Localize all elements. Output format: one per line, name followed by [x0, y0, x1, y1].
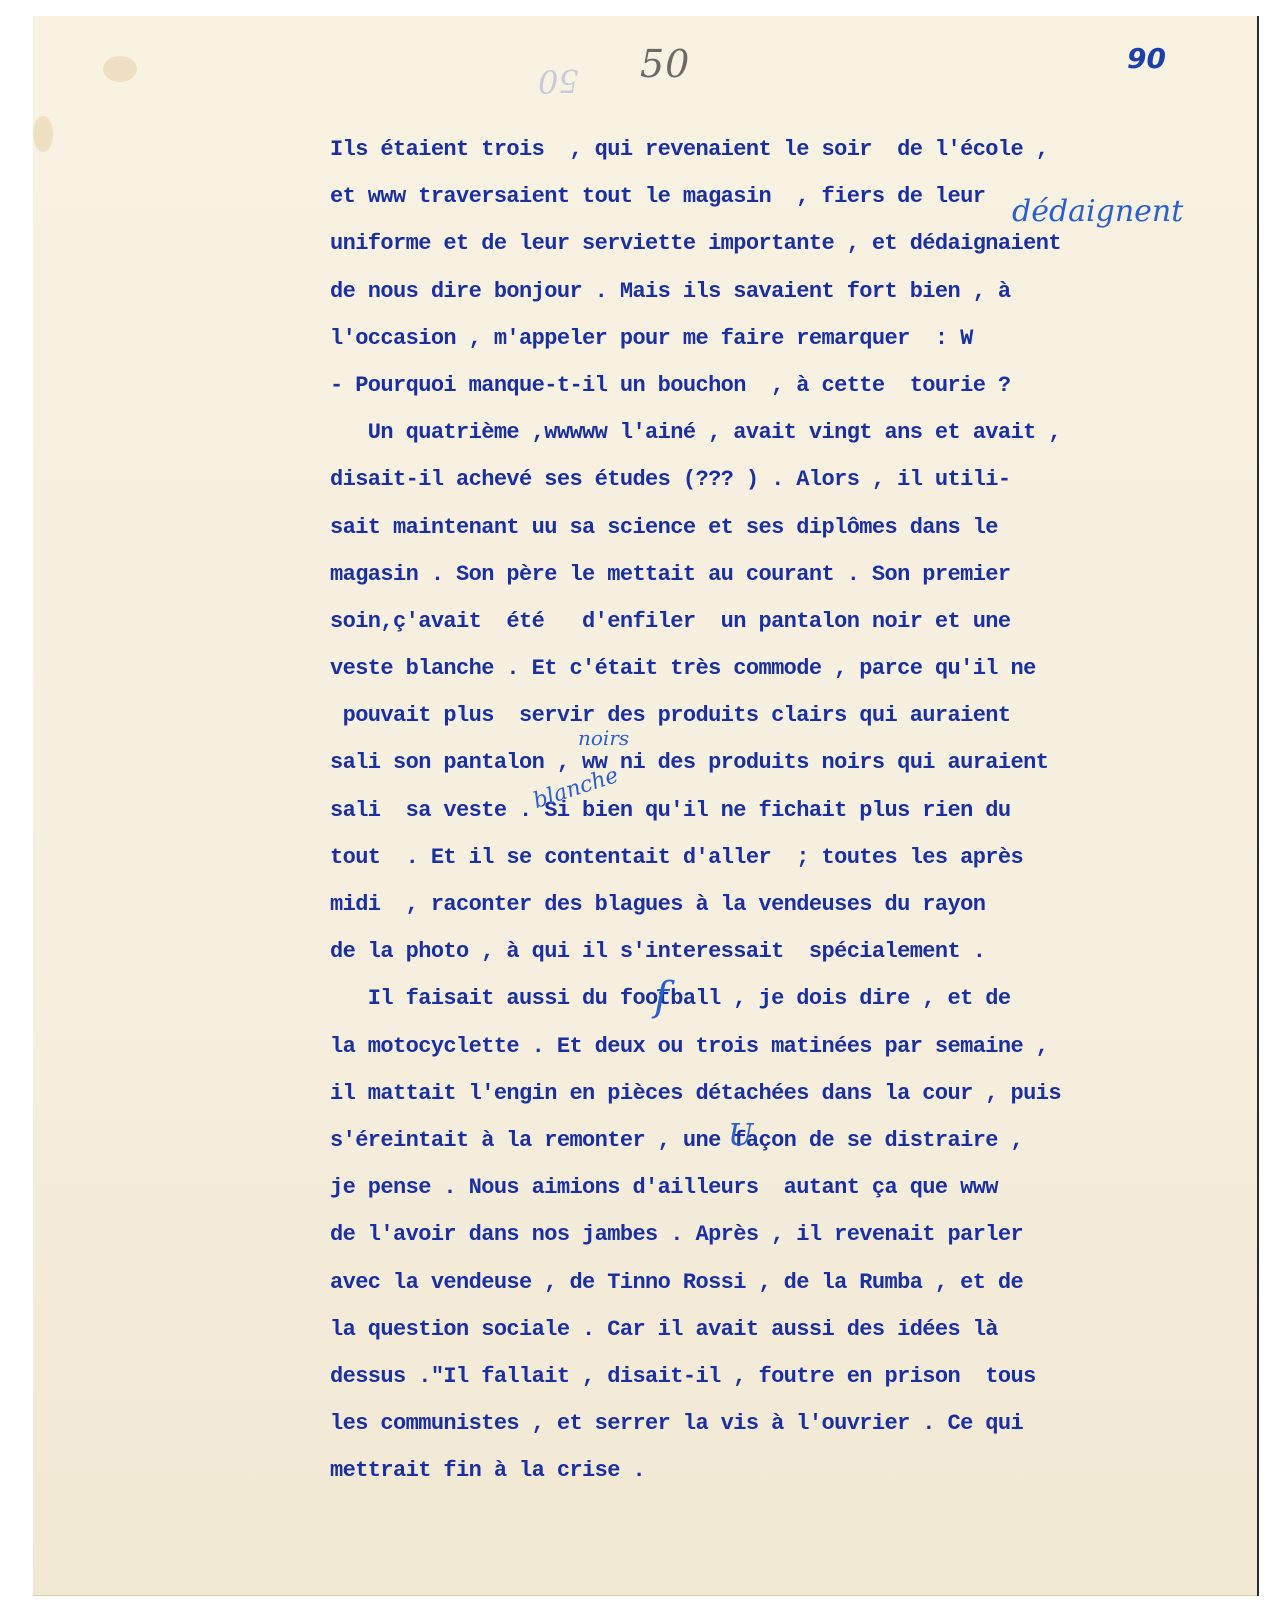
typed-line: pouvait plus servir des produits clairs …	[330, 692, 1061, 739]
typed-line: s'éreintait à la remonter , une façon de…	[330, 1117, 1061, 1164]
handwritten-correction-dedaignent: dédaignent	[1012, 194, 1183, 229]
paper-stain	[33, 116, 53, 152]
faded-page-number: 50	[538, 62, 579, 100]
typed-line: de nous dire bonjour . Mais ils savaient…	[330, 268, 1061, 315]
handwritten-correction-u: U	[728, 1118, 753, 1153]
typed-line: la motocyclette . Et deux ou trois matin…	[330, 1023, 1061, 1070]
typed-line: sali son pantalon , ww ni des produits n…	[330, 739, 1061, 786]
typed-line: Ils étaient trois , qui revenaient le so…	[330, 126, 1061, 173]
typed-line: de la photo , à qui il s'interessait spé…	[330, 928, 1061, 975]
handwritten-correction-f: f	[654, 974, 669, 1020]
typed-line: sali sa veste . Si bien qu'il ne fichait…	[330, 787, 1061, 834]
typed-line: l'occasion , m'appeler pour me faire rem…	[330, 315, 1061, 362]
typed-line: Un quatrième ,wwwww l'ainé , avait vingt…	[330, 409, 1061, 456]
typed-line: magasin . Son père le mettait au courant…	[330, 551, 1061, 598]
typed-line: uniforme et de leur serviette importante…	[330, 220, 1061, 267]
typed-line: Il faisait aussi du football , je dois d…	[330, 975, 1061, 1022]
typed-line: et www traversaient tout le magasin , fi…	[330, 173, 1061, 220]
typed-line: dessus ."Il fallait , disait-il , foutre…	[330, 1353, 1061, 1400]
typed-line: la question sociale . Car il avait aussi…	[330, 1306, 1061, 1353]
handwritten-correction-noirs: noirs	[578, 726, 629, 750]
typed-line: soin,ç'avait été d'enfiler un pantalon n…	[330, 598, 1061, 645]
typed-line: il mattait l'engin en pièces détachées d…	[330, 1070, 1061, 1117]
typed-line: je pense . Nous aimions d'ailleurs autan…	[330, 1164, 1061, 1211]
typed-line: mettrait fin à la crise .	[330, 1447, 1061, 1494]
paper-stain	[103, 56, 137, 82]
typed-line: - Pourquoi manque-t-il un bouchon , à ce…	[330, 362, 1061, 409]
typed-line: tout . Et il se contentait d'aller ; tou…	[330, 834, 1061, 881]
typed-line: veste blanche . Et c'était très commode …	[330, 645, 1061, 692]
typed-line: midi , raconter des blagues à la vendeus…	[330, 881, 1061, 928]
typed-line: disait-il achevé ses études (??? ) . Alo…	[330, 456, 1061, 503]
ink-page-number: 90	[1127, 42, 1166, 75]
typed-line: sait maintenant uu sa science et ses dip…	[330, 504, 1061, 551]
typed-line: les communistes , et serrer la vis à l'o…	[330, 1400, 1061, 1447]
typed-line: avec la vendeuse , de Tinno Rossi , de l…	[330, 1259, 1061, 1306]
pencil-page-number: 50	[640, 42, 690, 86]
typed-line: de l'avoir dans nos jambes . Après , il …	[330, 1211, 1061, 1258]
typed-text-body: Ils étaient trois , qui revenaient le so…	[330, 126, 1061, 1494]
